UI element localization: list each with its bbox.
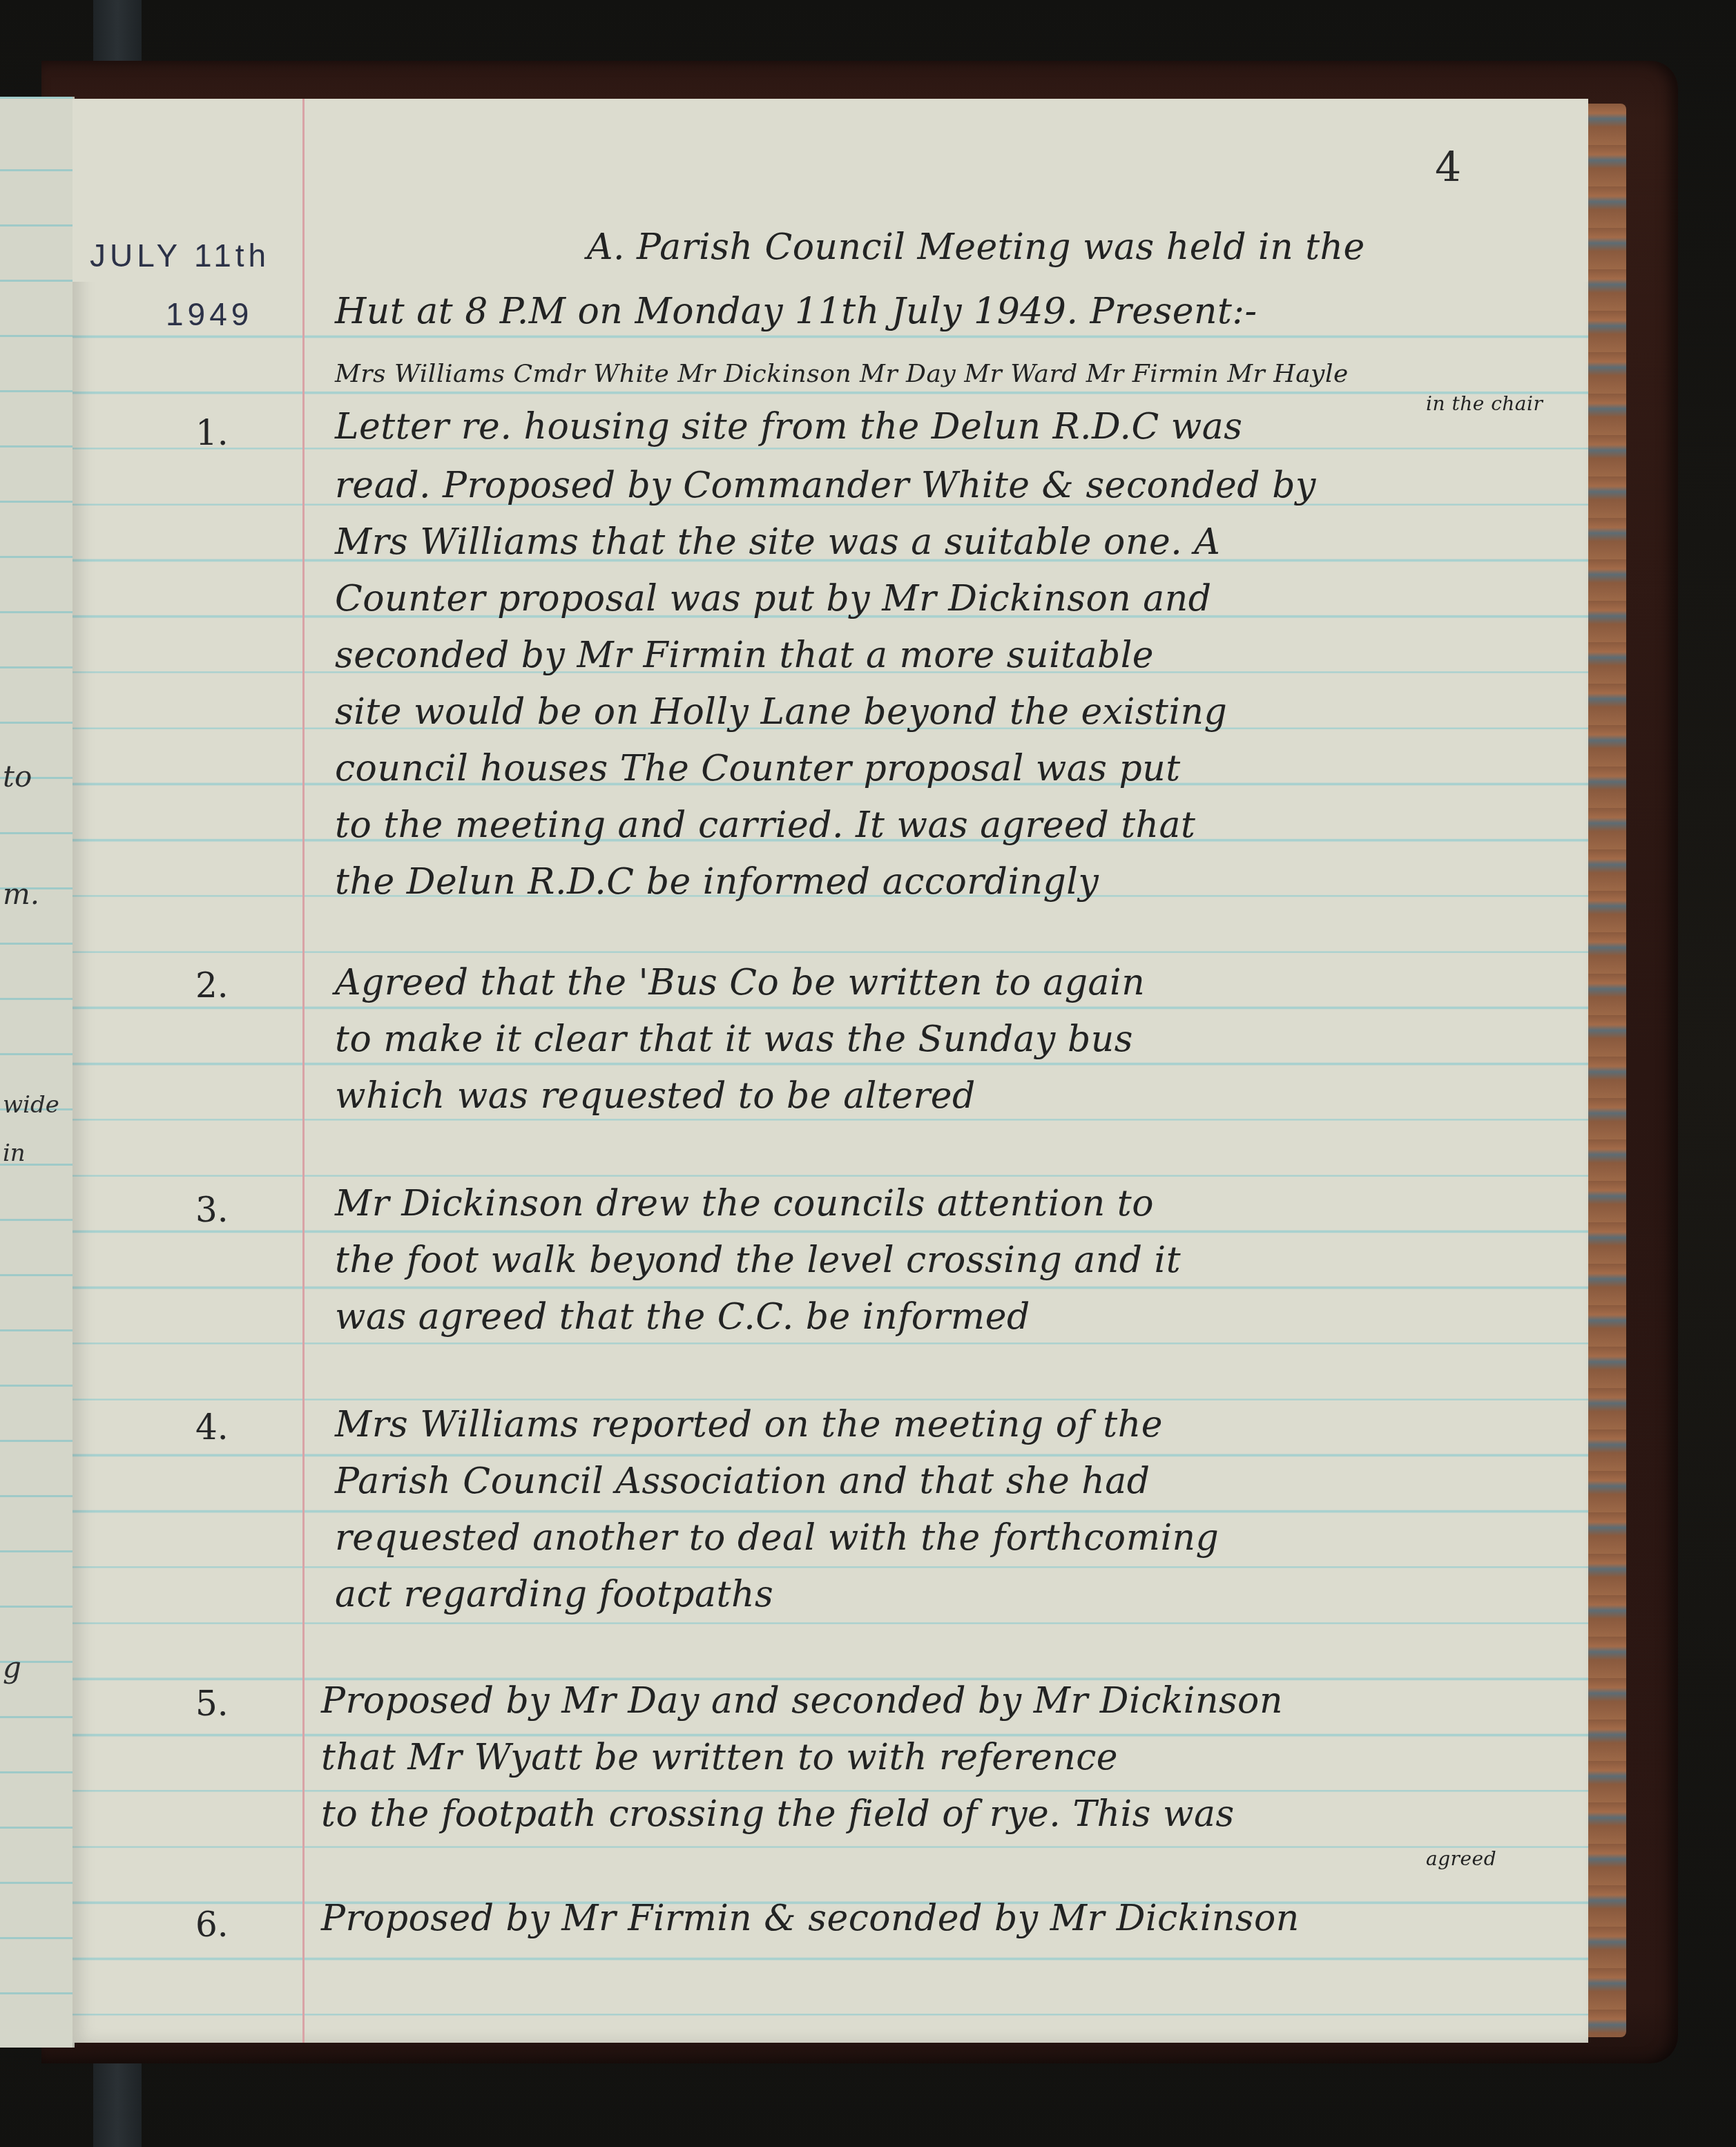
item-line: Parish Council Association and that she … — [335, 1461, 1150, 1502]
item-number: 5. — [195, 1684, 229, 1724]
item-line: Proposed by Mr Day and seconded by Mr Di… — [321, 1680, 1283, 1722]
page-number: 4 — [1435, 144, 1461, 192]
item-number: 6. — [195, 1905, 229, 1945]
item-line: Mrs Williams that the site was a suitabl… — [335, 521, 1220, 563]
item-line: Agreed that the 'Bus Co be written to ag… — [335, 962, 1145, 1003]
facing-fragment: wide — [3, 1091, 59, 1119]
intro-attendees: Mrs Williams Cmdr White Mr Dickinson Mr … — [335, 360, 1349, 388]
facing-fragment: g — [3, 1650, 21, 1684]
item-line: act regarding footpaths — [335, 1574, 773, 1615]
margin-rule — [302, 99, 305, 2043]
item-line: requested another to deal with the forth… — [335, 1517, 1219, 1559]
page-edges — [1588, 104, 1626, 2037]
item-number: 2. — [195, 965, 229, 1005]
item-line: the Delun R.D.C be informed accordingly — [335, 861, 1099, 903]
facing-fragment: to — [3, 760, 32, 793]
item-line: that Mr Wyatt be written to with referen… — [321, 1737, 1118, 1778]
item-line: was agreed that the C.C. be informed — [335, 1296, 1030, 1338]
item-line: which was requested to be altered — [335, 1075, 976, 1117]
item-number: 4. — [195, 1407, 229, 1447]
item-line: seconded by Mr Firmin that a more suitab… — [335, 635, 1154, 676]
item-line: Mrs Williams reported on the meeting of … — [335, 1404, 1163, 1445]
item-line: the foot walk beyond the level crossing … — [335, 1240, 1181, 1281]
item-line: Counter proposal was put by Mr Dickinson… — [335, 578, 1212, 619]
item-line: to make it clear that it was the Sunday … — [335, 1019, 1133, 1060]
date-year: 1949 — [166, 296, 253, 333]
item-line: read. Proposed by Commander White & seco… — [335, 465, 1316, 506]
facing-fragment: m. — [3, 877, 39, 911]
item-line: Proposed by Mr Firmin & seconded by Mr D… — [321, 1898, 1300, 1939]
item-line: site would be on Holly Lane beyond the e… — [335, 691, 1227, 733]
notebook-page: 4 JULY 11th 1949 A. Parish Council Meeti… — [73, 99, 1588, 2043]
item-line: Letter re. housing site from the Delun R… — [335, 406, 1242, 447]
item-line: to the footpath crossing the field of ry… — [321, 1793, 1235, 1835]
intro-line: Hut at 8 P.M on Monday 11th July 1949. P… — [335, 291, 1257, 332]
item-number: 3. — [195, 1190, 229, 1230]
date-month-day: JULY 11th — [90, 237, 270, 274]
item-note: agreed — [1426, 1847, 1496, 1870]
item-line: to the meeting and carried. It was agree… — [335, 805, 1196, 846]
photo-scene: to m. wide in g 4 JULY 11th 1949 A. Pari… — [0, 0, 1736, 2147]
item-line: Mr Dickinson drew the councils attention… — [335, 1183, 1154, 1224]
intro-line: A. Parish Council Meeting was held in th… — [587, 227, 1365, 268]
item-line: council houses The Counter proposal was … — [335, 748, 1181, 789]
facing-fragment: in — [3, 1139, 26, 1167]
facing-page: to m. wide in g — [0, 97, 75, 2048]
item-number: 1. — [195, 413, 229, 453]
intro-note: in the chair — [1426, 392, 1543, 415]
